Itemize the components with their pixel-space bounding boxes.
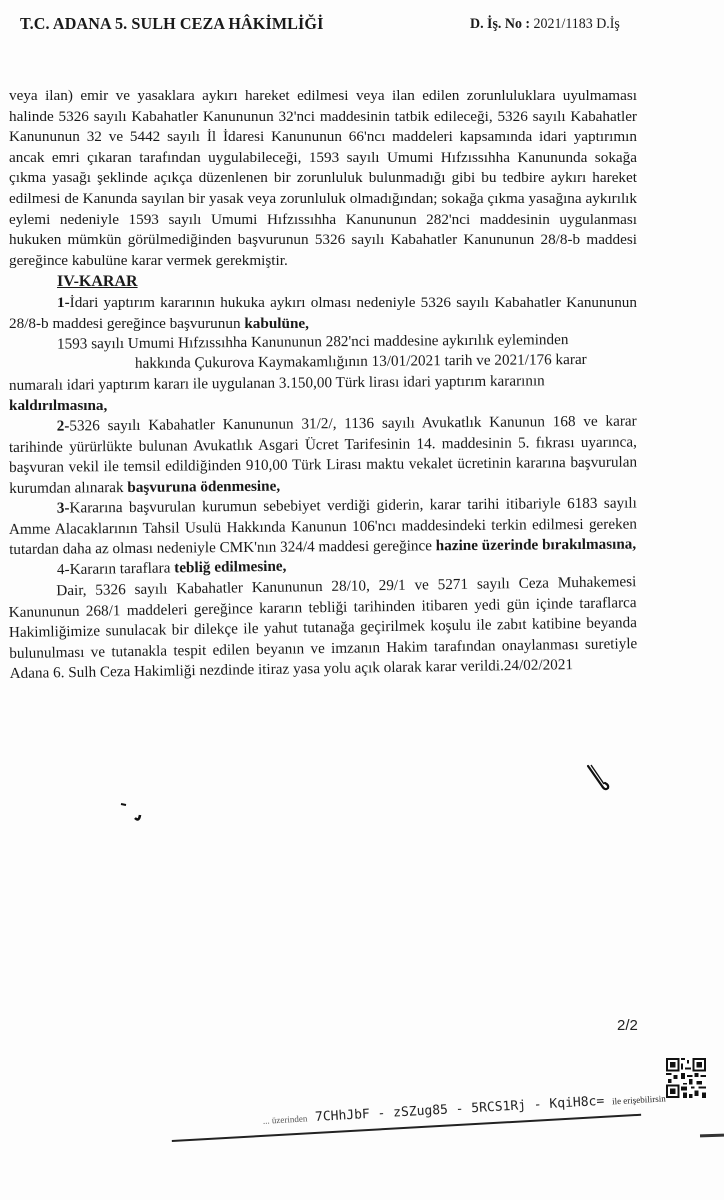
- section-title: IV-KARAR: [57, 271, 637, 293]
- document-header: T.C. ADANA 5. SULH CEZA HÂKİMLİĞİ D. İş.…: [20, 8, 710, 38]
- item-text: İdari yaptırım kararının hukuka aykırı o…: [9, 294, 637, 332]
- court-name: T.C. ADANA 5. SULH CEZA HÂKİMLİĞİ: [20, 14, 323, 34]
- item-verdict: kabulüne,: [244, 315, 309, 332]
- item-number: 4-: [57, 561, 70, 578]
- footer-divider-stub: [700, 1134, 724, 1138]
- item-number: 2-: [57, 417, 70, 434]
- item-text: Kararın taraflara: [70, 559, 175, 578]
- decision-item-3: 3-Kararına başvurulan kurumun sebebiyet …: [9, 494, 638, 561]
- doc-no-value: 2021/1183 D.İş: [534, 16, 620, 32]
- footer-suffix: ile erişebilirsin: [612, 1093, 666, 1106]
- decision-item-2: 2-5326 sayılı Kabahatler Kanununun 31/2/…: [9, 411, 638, 499]
- page-number: 2/2: [617, 1017, 638, 1034]
- signature-icon: [585, 764, 615, 796]
- item-text: 5326 sayılı Kabahatler Kanununun 31/2/, …: [9, 412, 637, 496]
- intro-paragraph: veya ilan) emir ve yasaklara aykırı hare…: [9, 86, 637, 271]
- verification-code-line: ... üzerinden 7CHhJbF - zSZug85 - 5RCS1R…: [262, 1090, 666, 1127]
- item-number: 1-: [57, 294, 70, 311]
- document-body: veya ilan) emir ve yasaklara aykırı hare…: [9, 86, 637, 685]
- decision-item-1: 1-İdari yaptırım kararının hukuka aykırı…: [9, 293, 637, 334]
- verification-footer: ... üzerinden 7CHhJbF - zSZug85 - 5RCS1R…: [170, 1073, 723, 1144]
- verification-code[interactable]: 7CHhJbF - zSZug85 - 5RCS1Rj - KqiH8c=: [315, 1094, 605, 1125]
- item-number: 3-: [57, 500, 70, 517]
- closing-paragraph: Dair, 5326 sayılı Kabahatler Kanununun 2…: [8, 572, 638, 685]
- ink-specks-icon: [118, 798, 148, 828]
- document-number: D. İş. No : 2021/1183 D.İş: [470, 16, 620, 33]
- item-verdict: başvuruna ödenmesine,: [127, 477, 280, 495]
- document-page: T.C. ADANA 5. SULH CEZA HÂKİMLİĞİ D. İş.…: [0, 0, 724, 1200]
- item-verdict: tebliğ edilmesine,: [174, 558, 286, 577]
- footer-lead-text: ... üzerinden: [263, 1113, 308, 1125]
- doc-no-label: D. İş. No :: [470, 16, 530, 32]
